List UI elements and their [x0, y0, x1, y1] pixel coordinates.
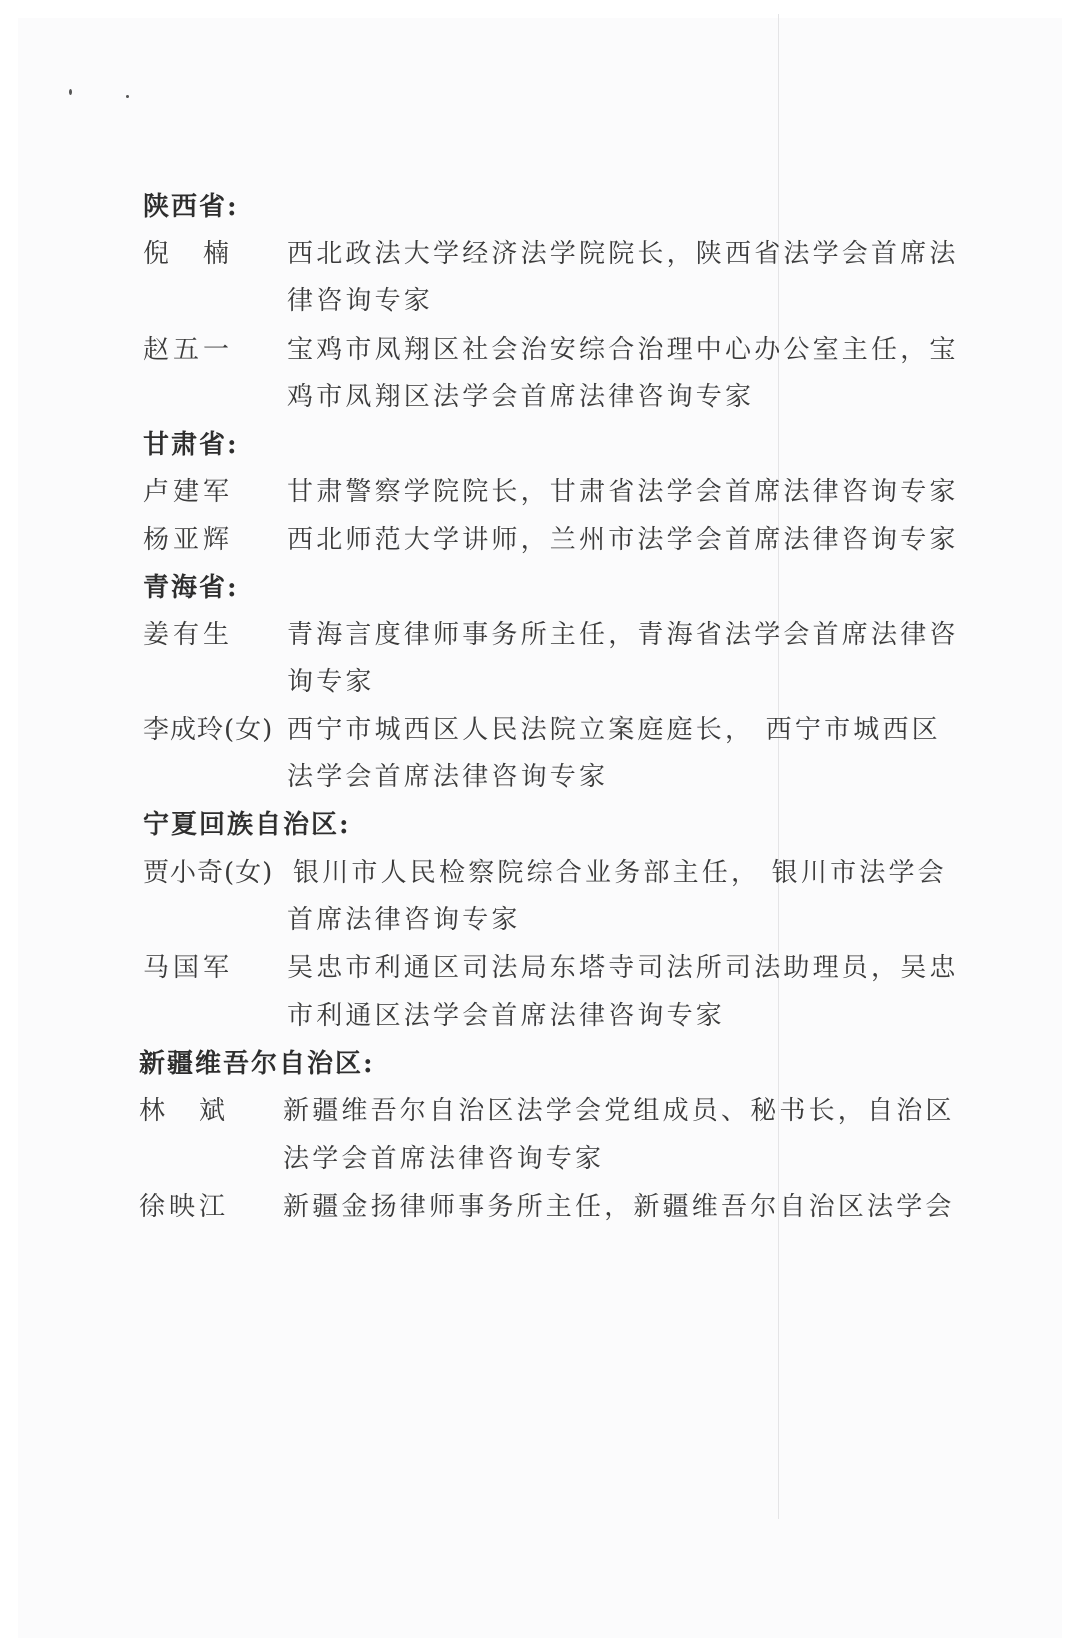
scan-speck — [126, 95, 129, 98]
expert-title: 甘肃警察学院院长，甘肃省法学会首席法律咨询专家 — [287, 470, 959, 514]
expert-title: 西北师范大学讲师，兰州市法学会首席法律咨询专家 — [287, 518, 959, 562]
province-heading: 陕西省: — [143, 185, 239, 229]
province-heading: 甘肃省: — [143, 423, 239, 467]
expert-title: 西宁市城西区人民法院立案庭庭长， 西宁市城西区 — [287, 708, 941, 752]
expert-title: 首席法律咨询专家 — [287, 898, 521, 942]
entry-row: 李成玲(女) 西宁市城西区人民法院立案庭庭长， 西宁市城西区 — [0, 708, 1080, 752]
expert-name: 卢建军 — [143, 470, 233, 514]
section-heading-ningxia: 宁夏回族自治区: — [0, 803, 1080, 847]
expert-name: 马国军 — [143, 946, 233, 990]
expert-title: 鸡市凤翔区法学会首席法律咨询专家 — [287, 375, 754, 419]
expert-title: 宝鸡市凤翔区社会治安综合治理中心办公室主任，宝 — [287, 328, 959, 372]
expert-title: 新疆维吾尔自治区法学会党组成员、秘书长，自治区 — [283, 1089, 955, 1133]
expert-title: 法学会首席法律咨询专家 — [283, 1137, 604, 1181]
expert-title: 吴忠市利通区司法局东塔寺司法所司法助理员，吴忠 — [287, 946, 959, 990]
entry-row: 姜有生 青海言度律师事务所主任，青海省法学会首席法律咨 — [0, 613, 1080, 657]
entry-row-continuation: 询专家 — [0, 660, 1080, 704]
entry-row-continuation: 律咨询专家 — [0, 279, 1080, 323]
entry-row: 倪 楠 西北政法大学经济法学院院长，陕西省法学会首席法 — [0, 232, 1080, 276]
expert-title: 律咨询专家 — [287, 279, 433, 323]
section-heading-shaanxi: 陕西省: — [0, 185, 1080, 229]
expert-title: 市利通区法学会首席法律咨询专家 — [287, 994, 725, 1038]
entry-row-continuation: 市利通区法学会首席法律咨询专家 — [0, 994, 1080, 1038]
entry-row: 贾小奇(女) 银川市人民检察院综合业务部主任， 银川市法学会 — [0, 851, 1080, 895]
expert-title: 青海言度律师事务所主任，青海省法学会首席法律咨 — [287, 613, 959, 657]
entry-row: 卢建军 甘肃警察学院院长，甘肃省法学会首席法律咨询专家 — [0, 470, 1080, 514]
section-heading-xinjiang: 新疆维吾尔自治区: — [0, 1042, 1080, 1086]
entry-row: 徐映江 新疆金扬律师事务所主任，新疆维吾尔自治区法学会 — [0, 1185, 1080, 1229]
province-heading: 宁夏回族自治区: — [143, 803, 351, 847]
expert-title: 询专家 — [287, 660, 375, 704]
expert-title: 银川市人民检察院综合业务部主任， 银川市法学会 — [293, 851, 947, 895]
expert-title: 法学会首席法律咨询专家 — [287, 755, 608, 799]
entry-row-continuation: 法学会首席法律咨询专家 — [0, 755, 1080, 799]
entry-row-continuation: 首席法律咨询专家 — [0, 898, 1080, 942]
expert-name: 赵五一 — [143, 328, 233, 372]
entry-row: 赵五一 宝鸡市凤翔区社会治安综合治理中心办公室主任，宝 — [0, 328, 1080, 372]
expert-name: 贾小奇(女) — [143, 851, 273, 895]
section-heading-gansu: 甘肃省: — [0, 423, 1080, 467]
section-heading-qinghai: 青海省: — [0, 566, 1080, 610]
entry-row-continuation: 鸡市凤翔区法学会首席法律咨询专家 — [0, 375, 1080, 419]
province-heading: 青海省: — [143, 566, 239, 610]
scan-speck — [69, 89, 72, 95]
expert-title: 西北政法大学经济法学院院长，陕西省法学会首席法 — [287, 232, 959, 276]
expert-name: 李成玲(女) — [143, 708, 273, 752]
entry-row-continuation: 法学会首席法律咨询专家 — [0, 1137, 1080, 1181]
expert-name: 杨亚辉 — [143, 518, 233, 562]
expert-name: 倪 楠 — [143, 232, 233, 276]
province-heading: 新疆维吾尔自治区: — [139, 1042, 375, 1086]
entry-row: 马国军 吴忠市利通区司法局东塔寺司法所司法助理员，吴忠 — [0, 946, 1080, 990]
entry-row: 杨亚辉 西北师范大学讲师，兰州市法学会首席法律咨询专家 — [0, 518, 1080, 562]
expert-name: 徐映江 — [139, 1185, 229, 1229]
expert-title: 新疆金扬律师事务所主任，新疆维吾尔自治区法学会 — [283, 1185, 955, 1229]
expert-name: 林 斌 — [139, 1089, 229, 1133]
entry-row: 林 斌 新疆维吾尔自治区法学会党组成员、秘书长，自治区 — [0, 1089, 1080, 1133]
expert-name: 姜有生 — [143, 613, 233, 657]
